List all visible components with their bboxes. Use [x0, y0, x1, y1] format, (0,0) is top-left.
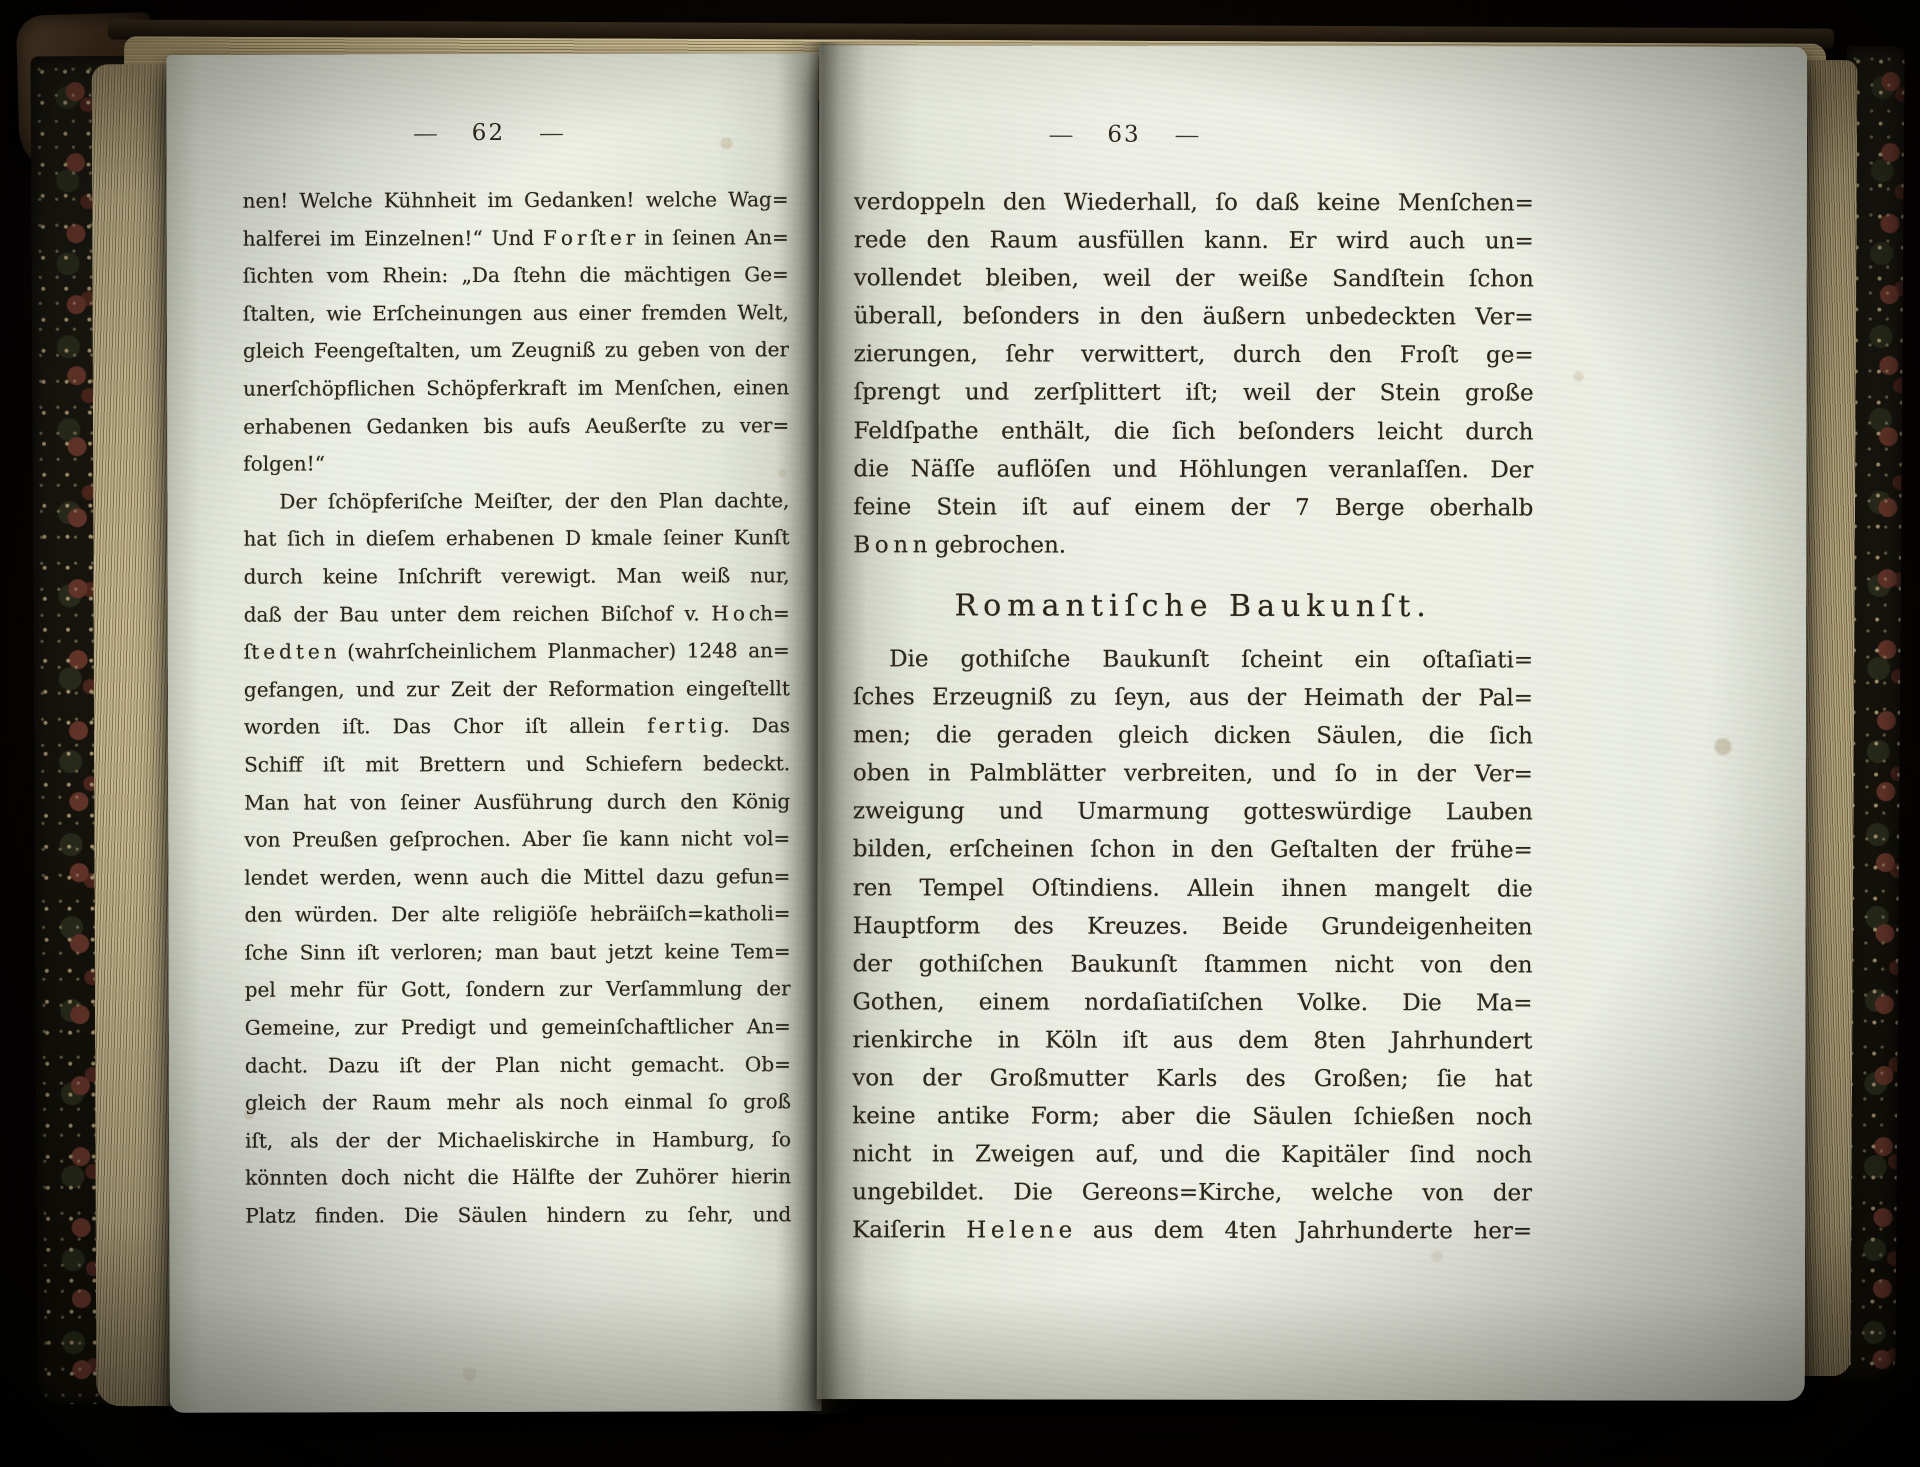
text-line: folgen!“: [243, 444, 789, 483]
section-heading: Romantiſche Baukunſt.: [853, 564, 1533, 641]
text-line: von Preußen geſprochen. Aber ſie kann ni…: [244, 820, 790, 859]
header-dash-icon: —: [1174, 123, 1199, 147]
text-line: ſt e d t e n (wahrſcheinlichem Planmache…: [244, 632, 790, 671]
left-page: — 62 — nen! Welche Kühnheit im Gedanken!…: [166, 53, 822, 1413]
text-line: oben in Palmblätter verbreiten, und ſo i…: [853, 754, 1533, 793]
text-line: erhabenen Gedanken bis aufs Aeußerſte zu…: [243, 407, 789, 446]
text-line: die Näſſe auflöſen und Höhlungen veranla…: [853, 450, 1533, 489]
text-line: dacht. Dazu iſt der Plan nicht gemacht. …: [245, 1046, 791, 1085]
text-line: rede den Raum ausfüllen kann. Er wird au…: [854, 221, 1534, 260]
header-dash-icon: —: [539, 121, 564, 145]
photo-background: — 62 — nen! Welche Kühnheit im Gedanken!…: [0, 0, 1920, 1467]
text-line: ſche Sinn iſt verloren; man baut jetzt k…: [245, 933, 791, 972]
text-line: keine antike Form; aber die Säulen ſchie…: [852, 1097, 1532, 1136]
text-line: verdoppeln den Wiederhall, ſo daß keine …: [854, 183, 1534, 222]
text-line: von der Großmutter Karls des Großen; ſie…: [852, 1059, 1532, 1098]
page-number-left: 62: [472, 120, 505, 146]
text-line: zierungen, ſehr verwittert, durch den Fr…: [854, 336, 1534, 375]
text-line: durch keine Inſchrift verewigt. Man weiß…: [244, 557, 790, 596]
text-line: vollendet bleiben, weil der weiße Sandſt…: [854, 259, 1534, 298]
text-line: den würden. Der alte religiöſe hebräiſch…: [244, 896, 790, 935]
text-line: Hauptform des Kreuzes. Beide Grundeigenh…: [853, 907, 1533, 946]
text-line: rienkirche in Köln iſt aus dem 8ten Jahr…: [852, 1021, 1532, 1060]
page-header-right: — 63 —: [879, 121, 1369, 148]
text-line: könnten doch nicht die Hälfte der Zuhöre…: [245, 1159, 791, 1198]
text-line: bilden, erſcheinen ſchon in den Geſtalte…: [853, 831, 1533, 870]
text-line: der gothiſchen Baukunſt ſtammen nicht vo…: [853, 945, 1533, 984]
text-line: nen! Welche Kühnheit im Gedanken! welche…: [243, 181, 789, 220]
text-line: ſprengt und zerſplittert iſt; weil der S…: [854, 374, 1534, 413]
text-line: men; die geraden gleich dicken Säulen, d…: [853, 716, 1533, 755]
text-line: Gothen, einem nordaſiatiſchen Volke. Die…: [852, 983, 1532, 1022]
page-header-left: — 62 —: [218, 119, 758, 146]
text-line: hat ſich in dieſem erhabenen D kmale ſei…: [243, 520, 789, 559]
text-line: ren Tempel Oſtindiens. Allein ihnen mang…: [853, 869, 1533, 908]
header-dash-icon: —: [1049, 123, 1074, 147]
text-line: zweigung und Umarmung gotteswürdige Laub…: [853, 793, 1533, 832]
text-line: gleich der Raum mehr als noch einmal ſo …: [245, 1083, 791, 1122]
text-line: daß der Bau unter dem reichen Biſchof v.…: [244, 595, 790, 634]
text-line: B o n n gebrochen.: [853, 526, 1533, 565]
text-line: Platz finden. Die Säulen hindern zu ſehr…: [245, 1196, 791, 1235]
text-line: ungebildet. Die Gereons=Kirche, welche v…: [852, 1173, 1532, 1212]
text-line: überall, beſonders in den äußern unbedec…: [854, 297, 1534, 336]
text-line: ſches Erzeugniß zu ſeyn, aus der Heimath…: [853, 678, 1533, 717]
text-line: iſt, als der der Michaeliskirche in Hamb…: [245, 1121, 791, 1160]
text-line: ſtalten, wie Erſcheinungen aus einer fre…: [243, 294, 789, 333]
text-line: Gemeine, zur Predigt und gemeinſchaftlic…: [245, 1008, 791, 1047]
text-line: worden iſt. Das Chor iſt allein f e r t …: [244, 708, 790, 747]
text-line: Die gothiſche Baukunſt ſcheint ein oſtaſ…: [853, 640, 1533, 679]
left-page-text: nen! Welche Kühnheit im Gedanken! welche…: [243, 181, 792, 1235]
text-line: halferei im Einzelnen!“ Und F o r ſt e r…: [243, 219, 789, 258]
text-line: unerſchöpflichen Schöpferkraft im Menſch…: [243, 369, 789, 408]
text-line: Kaiſerin H e l e n e aus dem 4ten Jahrhu…: [852, 1212, 1532, 1251]
text-line: gefangen, und zur Zeit der Reformation e…: [244, 670, 790, 709]
text-line: lendet werden, wenn auch die Mittel dazu…: [244, 858, 790, 897]
text-line: Feldſpathe enthält, die ſich beſonders l…: [853, 412, 1533, 451]
right-page: — 63 — verdoppeln den Wiederhall, ſo daß…: [817, 45, 1807, 1401]
text-line: feine Stein iſt auf einem der 7 Berge ob…: [853, 488, 1533, 527]
text-line: nicht in Zweigen auf, und die Kapitäler …: [852, 1135, 1532, 1174]
text-line: Man hat von ſeiner Ausführung durch den …: [244, 783, 790, 822]
text-line: Schiff iſt mit Brettern und Schiefern be…: [244, 745, 790, 784]
page-number-right: 63: [1107, 122, 1140, 148]
text-line: pel mehr für Gott, ſondern zur Verſammlu…: [245, 971, 791, 1010]
text-line: Der ſchöpferiſche Meiſter, der den Plan …: [243, 482, 789, 521]
right-page-text: verdoppeln den Wiederhall, ſo daß keine …: [852, 183, 1534, 1251]
header-dash-icon: —: [413, 121, 438, 145]
text-line: ſichten vom Rhein: „Da ſtehn die mächtig…: [243, 256, 789, 295]
text-line: gleich Feengeſtalten, um Zeugniß zu gebe…: [243, 332, 789, 371]
